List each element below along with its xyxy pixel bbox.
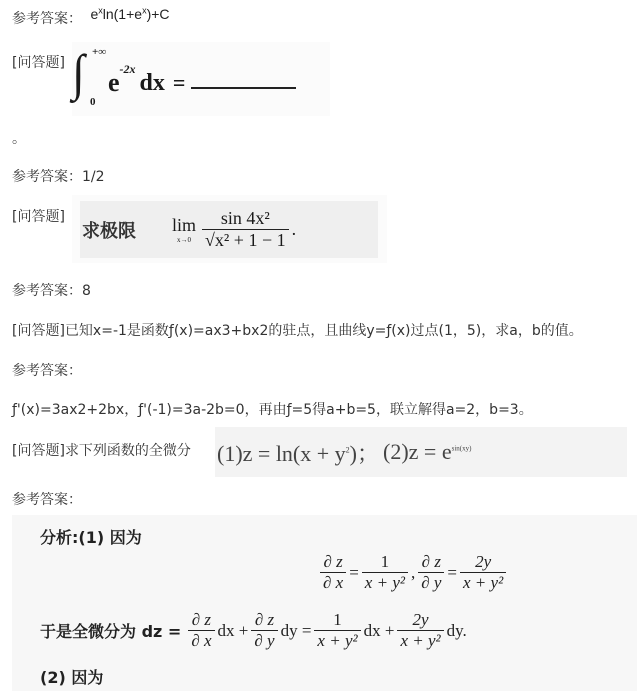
question-row-stationary-point: [问答题]已知x=-1是函数ƒ(x)=ax3+bx2的驻点，且曲线y=ƒ(x)过… xyxy=(12,320,583,340)
numerator: 2y xyxy=(410,611,432,630)
numerator: ∂ z xyxy=(252,611,277,630)
formula-text: dx + xyxy=(218,621,249,641)
numerator: sin 4x² xyxy=(218,209,273,229)
question-text: 已知x=-1是函数ƒ(x)=ax3+bx2的驻点，且曲线y=ƒ(x)过点(1，5… xyxy=(65,323,583,339)
numerator: 1 xyxy=(330,611,345,630)
formula-text: (2)z = e xyxy=(383,439,452,464)
answer-label: 参考答案： xyxy=(12,492,82,508)
lim-subscript: x→0 xyxy=(177,236,191,244)
answer-row-2: 参考答案：1/2 xyxy=(12,166,105,186)
numerator: ∂ z xyxy=(419,553,444,572)
solution-line-part2: (2) 因为 xyxy=(40,665,103,688)
equals-sign: = xyxy=(447,563,457,583)
denominator: x + y² xyxy=(362,572,408,593)
limit-fraction: sin 4x² √x² + 1 − 1 xyxy=(202,209,289,250)
answer-label: 参考答案： xyxy=(12,11,82,27)
partial-derivatives-equation: ∂ z∂ x = 1x + y² , ∂ z∂ y = 2yx + y² xyxy=(317,553,509,592)
fraction-2y-over: 2yx + y² xyxy=(397,611,443,650)
question-label: [问答题] xyxy=(12,55,65,71)
denominator: ∂ x xyxy=(188,630,214,651)
question-text: 求下列函数的全微分 xyxy=(65,443,191,459)
answer-label: 参考答案： xyxy=(12,363,82,379)
integral-formula-image: ∫ +∞ 0 e -2x dx = xyxy=(72,42,330,116)
answer-row-1: 参考答案： exln(1+ex)+C xyxy=(12,8,170,28)
formula-part1: (1)z = ln(x + y2)； xyxy=(217,437,379,468)
formula-part: )+C xyxy=(147,6,170,22)
integrand-base: e xyxy=(108,68,120,98)
answer-value: 1/2 xyxy=(82,169,105,185)
integrand-exponent: -2x xyxy=(120,62,136,77)
answer-formula: exln(1+ex)+C xyxy=(90,6,169,22)
question-row-limit: [问答题] xyxy=(12,206,65,226)
denominator: x + y² xyxy=(397,630,443,651)
comma: , xyxy=(411,563,415,583)
denominator: ∂ y xyxy=(251,630,277,651)
total-differential-equation: 于是全微分为 dz = ∂ z∂ x dx + ∂ z∂ y dy = 1x +… xyxy=(40,611,467,650)
question-row-integral: [问答题] xyxy=(12,52,65,72)
numerator: ∂ z xyxy=(320,553,345,572)
formula-text: dx + xyxy=(364,621,395,641)
answer-row-4: 参考答案： xyxy=(12,360,82,380)
solution-line-analysis: 分析:(1) 因为 xyxy=(40,525,142,548)
total-differential-prefix: 于是全微分为 dz = xyxy=(40,619,181,642)
formula-text: dy. xyxy=(447,621,467,641)
formula-part2: (2)z = esin(xy) xyxy=(383,439,471,465)
question-label: [问答题] xyxy=(12,443,65,459)
limit-formula-image: 求极限 lim x→0 sin 4x² √x² + 1 − 1 . xyxy=(72,195,387,263)
answer-row-5: 参考答案： xyxy=(12,489,82,509)
numerator: ∂ z xyxy=(189,611,214,630)
numerator: 2y xyxy=(472,553,494,572)
integral-sign: ∫ +∞ 0 xyxy=(72,44,108,114)
lim-operator: lim x→0 xyxy=(172,215,196,244)
denominator: ∂ x xyxy=(320,572,346,593)
fraction-dz-dy: ∂ z∂ y xyxy=(418,553,444,592)
equals-sign: = xyxy=(173,70,186,96)
denominator: x + y² xyxy=(460,572,506,593)
formula-part: ln(1+e xyxy=(103,6,142,22)
answer-row-3: 参考答案：8 xyxy=(12,280,91,300)
punctuation: 。 xyxy=(12,128,26,148)
formula-text: (1)z = ln(x + y xyxy=(217,441,346,466)
answer-label: 参考答案： xyxy=(12,169,82,185)
answer-blank xyxy=(191,69,296,89)
denominator: ∂ y xyxy=(418,572,444,593)
question-label: [问答题] xyxy=(12,209,65,225)
fraction-1-over: 1x + y² xyxy=(314,611,360,650)
fraction-dz-dx: ∂ z∂ x xyxy=(320,553,346,592)
question-row-total-differential: [问答题]求下列函数的全微分 xyxy=(12,440,191,460)
answer-label: 参考答案： xyxy=(12,283,82,299)
lower-limit: 0 xyxy=(90,96,96,108)
differential-formula-image: (1)z = ln(x + y2)； (2)z = esin(xy) xyxy=(215,427,627,477)
fraction-1-over: 1x + y² xyxy=(362,553,408,592)
numerator: 1 xyxy=(378,553,393,572)
denominator: x + y² xyxy=(314,630,360,651)
formula-text: dy = xyxy=(281,621,312,641)
equals-sign: = xyxy=(349,563,359,583)
solution-image: 分析:(1) 因为 ∂ z∂ x = 1x + y² , ∂ z∂ y = 2y… xyxy=(12,515,637,691)
limit-prefix: 求极限 xyxy=(82,217,136,243)
upper-limit: +∞ xyxy=(92,46,106,58)
solution-text: ƒ'(x)=3ax2+2bx，ƒ'(-1)=3a-2b=0，再由ƒ=5得a+b=… xyxy=(12,399,533,419)
period: . xyxy=(292,219,297,240)
fraction-dz-dy: ∂ z∂ y xyxy=(251,611,277,650)
denominator: √x² + 1 − 1 xyxy=(202,229,289,251)
fraction-2y-over: 2yx + y² xyxy=(460,553,506,592)
formula-sup: sin(xy) xyxy=(452,445,472,453)
lim-text: lim xyxy=(172,215,196,236)
question-label: [问答题] xyxy=(12,323,65,339)
formula-text: )； xyxy=(350,441,379,466)
differential: dx xyxy=(140,70,165,97)
fraction-dz-dx: ∂ z∂ x xyxy=(188,611,214,650)
answer-value: 8 xyxy=(82,283,91,299)
